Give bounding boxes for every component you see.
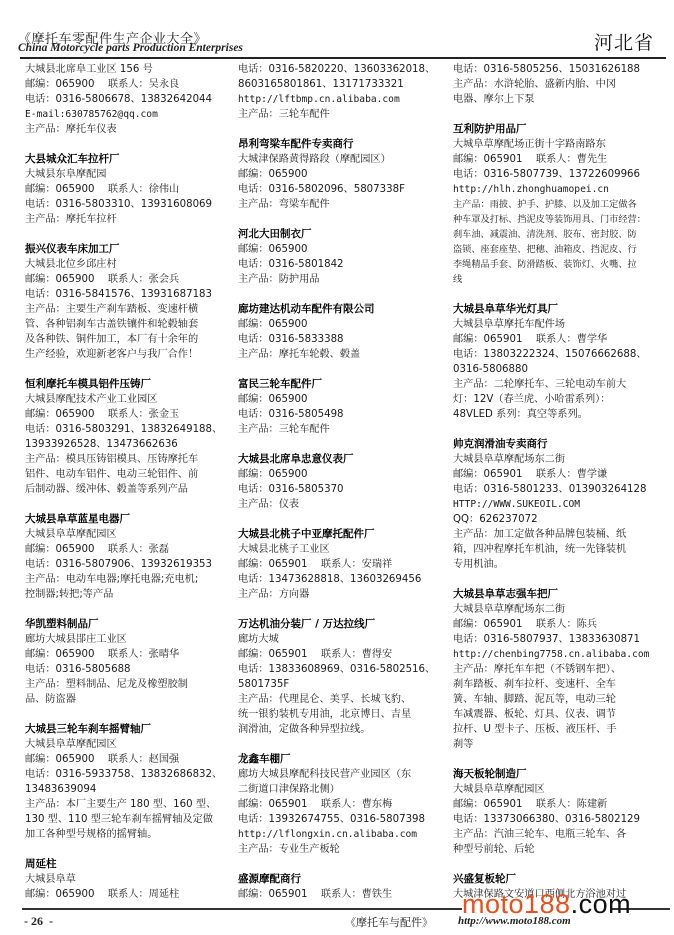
watermark-brand: moto188 [462,889,571,919]
info-line: 拉杆、U 型卡子、压板、液压杆、手 [453,722,668,737]
phone-line: 电话：13932674755、0316-5807398 [238,812,448,827]
company-entry: 周延柱大城县阜草邮编：065900 联系人：周延柱 [25,857,230,902]
phone-line: 电话：0316-5805256、15031626188 [453,62,668,77]
info-line: 大城县摩配技术产业工业园区 [25,392,230,407]
company-entry: 盛源摩配商行邮编：065901 联系人：曹铁生 [238,872,448,902]
main-products-line: 主产品：水浒轮胎、盛新内胎、中冈 [453,77,668,92]
footer-divider [22,908,462,910]
info-line: 大城县东阜摩配园 [25,167,230,182]
company-entry: 大城县北桃子中亚摩托配件厂大城县北桃子工业区邮编：065901 联系人：安瑞祥电… [238,527,448,602]
phone-line: 电话：0316-5833388 [238,332,448,347]
qq-line: QQ：626237072 [453,512,668,527]
info-line: 刹等 [453,737,668,752]
site-watermark: moto188.com [462,890,631,918]
phone-line: 电话：0316-5805498 [238,407,448,422]
info-line: 种型号前轮、后轮 [453,842,668,857]
company-name: 大城县北席阜忠意仪表厂 [238,452,448,467]
column-1: 大城县北席阜工业区 156 号邮编：065900 联系人：吴永良电话：0316-… [25,62,230,917]
company-entry: 富民三轮车配件厂邮编：065900电话：0316-5805498主产品：三轮车配… [238,377,448,437]
postcode-contact-line: 邮编：065900 联系人：徐伟山 [25,182,230,197]
info-line: 大城县阜草摩配园区 [25,527,230,542]
website-link[interactable]: http://chenbing7758.cn.alibaba.com [453,647,668,662]
phone-line: 电话：0316-5803291、13832649188、 [25,422,230,437]
company-entry: 华凯塑料制品厂廊坊大城县郘庄工业区邮编：065900 联系人：张晴华电话：031… [25,617,230,707]
main-products-line: 主产品：代理昆仑、美孚、长城飞豹、 [238,692,448,707]
phone-line: 电话：0316-5805688 [25,662,230,677]
company-entry: 大城县阜草志强车把厂大城县阜草摩配场东二街邮编：065901 联系人：陈兵电话：… [453,587,668,752]
info-line: 箱，四冲程摩托车机油，统一先锋装机 [453,542,668,557]
company-entry: 大城县北席阜忠意仪表厂邮编：065900电话：0316-5805370主产品：仪… [238,452,448,512]
info-line: 130 型、110 型三轮车刹车摇臂轴及定做 [25,812,230,827]
postcode-contact-line: 邮编：065901 联系人：曹先生 [453,152,668,167]
main-products-line: 主产品：摩托车拉杆 [25,212,230,227]
phone-line: 电话：13473628818、13603269456 [238,572,448,587]
company-name: 华凯塑料制品厂 [25,617,230,632]
postcode-contact-line: 邮编：065901 联系人：曹铁生 [238,887,448,902]
info-line: 大城县北桃子工业区 [238,542,448,557]
info-line: 大城县阜草 [25,872,230,887]
company-entry: 昂利弯梁车配件专卖商行大城津保路黄得路段（摩配园区）邮编：065900电话：03… [238,137,448,212]
info-line: 品、防盗器 [25,692,230,707]
postcode-contact-line: 邮编：065901 联系人：曹学华 [453,332,668,347]
header-divider [20,57,666,59]
main-products-line: 主产品：电动车电器;摩托电器;充电机; [25,572,230,587]
company-name: 河北大田制衣厂 [238,227,448,242]
postcode-contact-line: 邮编：065900 [238,317,448,332]
main-products-line: 主产品：二轮摩托车、三轮电动车前大 [453,377,668,392]
company-entry: 万达机油分装厂 / 万达拉线厂廊坊大城邮编：065901 联系人：曹得安电话：1… [238,617,448,737]
website-link[interactable]: http://lftbmp.cn.alibaba.com [238,92,448,107]
info-line: 电器、摩尔上下泵 [453,92,668,107]
phone-line: 电话：0316-5805370 [238,482,448,497]
column-3: 电话：0316-5805256、15031626188主产品：水浒轮胎、盛新内胎… [453,62,668,917]
company-entry: 河北大田制衣厂邮编：065900电话：0316-5801842主产品：防护用品 [238,227,448,287]
company-entry-continued: 大城县北席阜工业区 156 号邮编：065900 联系人：吴永良电话：0316-… [25,62,230,137]
info-line: 李绳精品手套、防滑踏板、装饰灯、火嘴、拉 [453,257,668,272]
company-name: 兴盛复板轮厂 [453,872,668,887]
postcode-contact-line: 邮编：065901 联系人：曹得安 [238,647,448,662]
company-name: 盛源摩配商行 [238,872,448,887]
page-header: 《摩托车零配件生产企业大全》 China Motorcycle parts Pr… [18,28,668,56]
company-entry: 龙鑫车棚厂廊坊大城县摩配科技民营产业园区（东二街道口津保路北侧）邮编：06590… [238,752,448,857]
info-line: 大城县北位乡邱庄村 [25,257,230,272]
info-line: 管、各种铝刹车古盖铁镶件和轮毂轴套 [25,317,230,332]
company-name: 大城县阜草志强车把厂 [453,587,668,602]
main-products-line: 主产品：主要生产刹车踏板、变速杆横 [25,302,230,317]
info-line: 13933926528、13473662636 [25,437,230,452]
company-entry: 大县城众汇车拉杆厂大城县东阜摩配园邮编：065900 联系人：徐伟山电话：031… [25,152,230,227]
company-name: 大城县北桃子中亚摩托配件厂 [238,527,448,542]
watermark-tld: .com [571,889,632,919]
info-line: 廊坊大城县摩配科技民营产业园区（东 [238,767,448,782]
phone-line: 电话：0316-5802096、5807338F [238,182,448,197]
company-entry-continued: 电话：0316-5820220、13603362018、860316580186… [238,62,448,122]
info-line: 大城县阜草摩托车配件场 [453,317,668,332]
province-label: 河北省 [594,28,654,55]
postcode-contact-line: 邮编：065901 联系人：安瑞祥 [238,557,448,572]
info-line: 润滑油，定做各种异型拉线。 [238,722,448,737]
postcode-contact-line: 邮编：065901 联系人：曹学谦 [453,467,668,482]
main-products-line: 主产品：加工定做各种品牌包装桶、纸 [453,527,668,542]
info-line: 大城县北席阜工业区 156 号 [25,62,230,77]
company-name: 龙鑫车棚厂 [238,752,448,767]
info-line: 刹车油、减震油、清洗剂、胶布、密封胶、防 [453,227,668,242]
website-link[interactable]: http://hlh.zhonghuamopei.cn [453,182,668,197]
company-entry: 海天板轮制造厂大城县阜草摩配园区邮编：065901 联系人：陈建新电话：1337… [453,767,668,857]
info-line: 铝件、电动车铝件、电动三轮铝件、前 [25,467,230,482]
phone-line: 电话：13833608969、0316-5802516、 [238,662,448,677]
info-line: 控制器;转把;等产品 [25,587,230,602]
company-name: 富民三轮车配件厂 [238,377,448,392]
company-name: 大城县阜草蓝星电器厂 [25,512,230,527]
phone-line: 电话：0316-5820220、13603362018、 [238,62,448,77]
info-line: 大城津保路黄得路段（摩配园区） [238,152,448,167]
company-name: 互利防护用品厂 [453,122,668,137]
phone-line: 电话：0316-5807906、13932619353 [25,557,230,572]
postcode-contact-line: 邮编：065900 联系人：张晴华 [25,647,230,662]
main-products-line: 主产品：模具压铸铝模具、压铸摩托车 [25,452,230,467]
postcode-contact-line: 邮编：065900 联系人：吴永良 [25,77,230,92]
info-line: 大城县阜草摩配园区 [25,737,230,752]
website-link[interactable]: http://lflongxin.cn.alibaba.com [238,827,448,842]
main-products-line: 主产品：弯梁车配件 [238,197,448,212]
postcode-contact-line: 邮编：065900 [238,167,448,182]
company-name: 恒利摩托车模具铝件压铸厂 [25,377,230,392]
company-entry: 大城县阜草蓝星电器厂大城县阜草摩配园区邮编：065900 联系人：张磊电话：03… [25,512,230,602]
main-products-line: 主产品：三轮车配件 [238,422,448,437]
phone-line: 电话：0316-5841576、13931687183 [25,287,230,302]
info-line: 统一银豹装机专用油，北京博日、吉星 [238,707,448,722]
info-line: 大城县阜草摩配场东二街 [453,602,668,617]
phone-line: 电话：0316-5933758、13832686832、 [25,767,230,782]
main-products-line: 主产品：汽油三轮车、电瓶三轮车、各 [453,827,668,842]
info-line: 生产经验，欢迎新老客户与我厂合作！ [25,347,230,362]
info-line: 13483639094 [25,782,230,797]
website-link[interactable]: HTTP://WWW.SUKEOIL.COM [453,497,668,512]
info-line: 0316-5806880 [453,362,668,377]
postcode-contact-line: 邮编：065900 [238,467,448,482]
info-line: 二街道口津保路北侧） [238,782,448,797]
company-name: 大城县三轮车刹车摇臂轴厂 [25,722,230,737]
main-products-line: 主产品：摩托车轮毂、毂盖 [238,347,448,362]
company-entry: 大城县阜草华光灯具厂大城县阜草摩托车配件场邮编：065901 联系人：曹学华电话… [453,302,668,422]
postcode-contact-line: 邮编：065900 [238,242,448,257]
main-products-line: 主产品：雨披、护手、护膝、以及加工定做各 [453,197,668,212]
phone-line: 电话：13803222324、15076662688、 [453,347,668,362]
company-name: 大县城众汇车拉杆厂 [25,152,230,167]
info-line: 及各种铁、铜件加工，本厂有十余年的 [25,332,230,347]
info-line: 廊坊大城县郘庄工业区 [25,632,230,647]
info-line: 车减震器、板轮、灯具、仪表、调节 [453,707,668,722]
info-line: 加工各种型号规格的摇臂轴。 [25,827,230,842]
company-entry: 恒利摩托车模具铝件压铸厂大城县摩配技术产业工业园区邮编：065900 联系人：张… [25,377,230,497]
postcode-contact-line: 邮编：065900 联系人：张金玉 [25,407,230,422]
postcode-contact-line: 邮编：065900 联系人：赵国强 [25,752,230,767]
main-products-line: 主产品：防护用品 [238,272,448,287]
company-name: 振兴仪表车床加工厂 [25,242,230,257]
column-2: 电话：0316-5820220、13603362018、860316580186… [238,62,448,917]
postcode-contact-line: 邮编：065901 联系人：曹东梅 [238,797,448,812]
postcode-contact-line: 邮编：065900 联系人：周延柱 [25,887,230,902]
info-line: 盗锁、座套座垫、把穗、油箱皮、挡泥皮、行 [453,242,668,257]
info-line: 种车罩及打标、挡泥皮等装饰用具、门市经营： [453,212,668,227]
phone-line: 电话：13373066380、0316-5802129 [453,812,668,827]
company-entry: 大城县三轮车刹车摇臂轴厂大城县阜草摩配园区邮编：065900 联系人：赵国强电话… [25,722,230,842]
main-products-line: 主产品：专业生产板轮 [238,842,448,857]
main-products-line: 主产品：摩托车仪表 [25,122,230,137]
info-line: 专用机油。 [453,557,668,572]
info-line: 廊坊大城 [238,632,448,647]
company-name: 万达机油分装厂 / 万达拉线厂 [238,617,448,632]
info-line: 大城阜草摩配场正街十字路南路东 [453,137,668,152]
phone-line: 电话：0316-5801842 [238,257,448,272]
company-name: 昂利弯梁车配件专卖商行 [238,137,448,152]
info-line: 48VLED 系列：真空等系列。 [453,407,668,422]
company-name: 廊坊建达机动车配件有限公司 [238,302,448,317]
postcode-contact-line: 邮编：065900 联系人：张会兵 [25,272,230,287]
company-name: 周延柱 [25,857,230,872]
main-products-line: 主产品：塑料制品、尼龙及橡塑胶制 [25,677,230,692]
company-entry-continued: 电话：0316-5805256、15031626188主产品：水浒轮胎、盛新内胎… [453,62,668,107]
company-name: 帅克润滑油专卖商行 [453,437,668,452]
main-products-line: 主产品：摩托车车把（不锈钢车把）、 [453,662,668,677]
info-line: 线 [453,272,668,287]
info-line: 8603165801861、13171733321 [238,77,448,92]
main-products-line: 主产品：本厂主要生产 180 型、160 型、 [25,797,230,812]
book-title-english: China Motorcycle parts Production Enterp… [18,42,243,54]
phone-line: 电话：0316-5801233、013903264128 [453,482,668,497]
phone-line: 电话：0316-5806678、13832642044 [25,92,230,107]
company-name: 海天板轮制造厂 [453,767,668,782]
main-products-line: 主产品：方向器 [238,587,448,602]
info-line: 大城县阜草摩配场东二街 [453,452,668,467]
info-line: 刹车踏板、刹车拉杆、变速杆、全车 [453,677,668,692]
postcode-contact-line: 邮编：065901 联系人：陈兵 [453,617,668,632]
phone-line: 电话：0316-5807739、13722609966 [453,167,668,182]
magazine-name: 《摩托车与配件》 [345,914,433,930]
main-products-line: 主产品：仪表 [238,497,448,512]
company-entry: 振兴仪表车床加工厂大城县北位乡邱庄村邮编：065900 联系人：张会兵电话：03… [25,242,230,362]
email-line[interactable]: E-mail:630785762@qq.com [25,107,230,122]
main-products-line: 主产品：三轮车配件 [238,107,448,122]
company-entry: 廊坊建达机动车配件有限公司邮编：065900电话：0316-5833388主产品… [238,302,448,362]
phone-line: 电话：0316-5807937、13833630871 [453,632,668,647]
info-line: 5801735F [238,677,448,692]
info-line: 灯：12V（春兰虎、小哈雷系列）： [453,392,668,407]
postcode-contact-line: 邮编：065900 联系人：张磊 [25,542,230,557]
page-number: - 26 - [24,914,53,929]
postcode-contact-line: 邮编：065900 [238,392,448,407]
company-entry: 互利防护用品厂大城阜草摩配场正街十字路南路东邮编：065901 联系人：曹先生电… [453,122,668,287]
info-line: 后制动器、缓冲体、毂盖等系列产品 [25,482,230,497]
postcode-contact-line: 邮编：065901 联系人：陈建新 [453,797,668,812]
phone-line: 电话：0316-5803310、13931608069 [25,197,230,212]
company-entry: 帅克润滑油专卖商行大城县阜草摩配场东二街邮编：065901 联系人：曹学谦电话：… [453,437,668,572]
info-line: 簧、车轴、脚踏、泥瓦等，电动三轮 [453,692,668,707]
company-name: 大城县阜草华光灯具厂 [453,302,668,317]
info-line: 大城县阜草摩配园区 [453,782,668,797]
directory-columns: 大城县北席阜工业区 156 号邮编：065900 联系人：吴永良电话：0316-… [0,62,674,906]
